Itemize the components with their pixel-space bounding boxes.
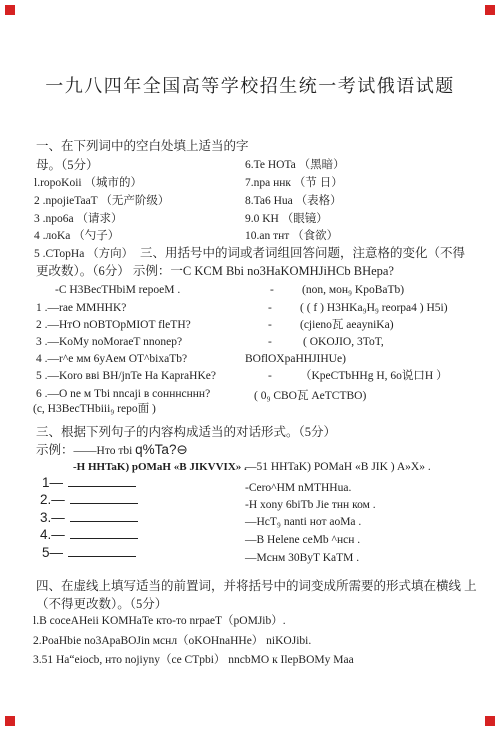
blank-row: 1— <box>42 474 136 492</box>
answer-dash: - <box>268 369 272 383</box>
sentence-item: 3.51 Ha“eiocb, нто nojiyny（ce CTpbi） nnc… <box>33 653 354 667</box>
section2-heading-line2: 更改数）。（6分） 示例：一C KCM Bbi no3HaKOMHJiHCb B… <box>36 264 394 278</box>
page-title: 一九八四年全国高等学校招生统一考试俄语试题 <box>0 72 500 98</box>
dialogue-answer: -Cero^HM nMTHHua. <box>245 481 351 495</box>
section1-heading-line1: 一、在下列词中的空白处填上适当的字 <box>36 139 249 153</box>
section2-heading-line1: 三、用括号中的词或者词组回答问题，注意格的变化（不得 <box>140 246 465 260</box>
corner-marker-top-left <box>5 5 15 15</box>
example-answer-bold: -H HHTaK) pOMaH «B JIKVVIX» . <box>73 460 247 474</box>
exam-paper-page: { "title": "一九八四年全国高等学校招生统一考试俄语试题", "acc… <box>0 0 500 730</box>
example-question-big: q%Ta?⊖ <box>135 442 188 457</box>
question-text: 1 .—rae MMHHK? <box>36 301 126 315</box>
fill-in-blank-line <box>68 476 136 487</box>
example-question: -C H3BecTHbiM repoeM . <box>55 283 180 297</box>
question-text: 6 .—O ne м Tbi nncaji в сонннсннн? <box>36 387 210 401</box>
answer-text: ( 0₉ CBO瓦 AeTCTBO) <box>254 389 366 403</box>
answer-text: ( OKOJIO, 3ToT, <box>303 335 384 349</box>
fill-in-blank-line <box>70 511 138 522</box>
blank-row: 2.— <box>40 491 138 509</box>
answer-text: (cjieno瓦 aeayniKa) <box>300 318 394 332</box>
vocab-item: 9.0 KH （眼镜） <box>245 212 328 226</box>
vocab-item: 3 .npo6a （请求） <box>34 212 122 226</box>
corner-marker-bottom-right <box>485 716 495 726</box>
vocab-item: l.ropoKoii （城市的） <box>34 176 142 190</box>
blank-row: 5— <box>42 544 136 562</box>
dialogue-answer: —B Helene ceMb ^нсн . <box>245 533 360 547</box>
answer-text: ( ( f ) H3HKa₉H₉ reorpa4 ) H5i) <box>300 301 448 315</box>
answer-dash: - <box>268 318 272 332</box>
vocab-item: 6.Te HOTa （黑暗） <box>245 158 345 172</box>
dialogue-answer: —Mснм 30ByT KaTM . <box>245 551 359 565</box>
question-text: 4 .—r^e мм 6yAeм OT^bixaTb? <box>36 352 187 366</box>
section3-heading: 三、根据下列句子的内容构成适当的对话形式。（5分） <box>36 425 336 439</box>
example-label: 示例： <box>36 443 74 457</box>
blank-number: 5— <box>42 545 63 560</box>
question-text: 2 .—HтO nOBTOpMIOT fleTH? <box>36 318 191 332</box>
answer-tail: (c, H3BecTHbiii₉ repo面 ) <box>33 402 156 416</box>
vocab-item: 8.Ta6 Hua （表格） <box>245 194 342 208</box>
question-text: 5 .—Koro ввi BH/jnTe Ha KapraHKe? <box>36 369 216 383</box>
blank-row: 3.— <box>40 509 138 527</box>
dialogue-answer: —51 HHTaK) POMaH «B JIK ) A»X» . <box>245 460 431 474</box>
blank-number: 4.— <box>40 527 65 542</box>
answer-text: BOflOXpaHHJIHUe) <box>245 352 346 366</box>
sentence-item: l.B coceAHeii KOMHaTe кто-то nrpaeT（pOMJ… <box>33 614 286 628</box>
fill-in-blank-line <box>68 546 136 557</box>
blank-number: 2.— <box>40 492 65 507</box>
vocab-item: 7.npa ннк （节 日） <box>245 176 343 190</box>
answer-text: （KpeCTbHHg H, 6o说口H ） <box>300 369 448 383</box>
section4-heading-line2: （不得更改数）。（5分） <box>36 597 167 611</box>
question-text: 3 .—KoMy noMoraeT nnonep? <box>36 335 182 349</box>
blank-row: 4.— <box>40 526 138 544</box>
section4-heading-line1: 四、在虚线上填写适当的前置词，并将括号中的词变成所需要的形式填在横线 上 <box>36 579 477 593</box>
section1-heading-line2: 母。（5分） <box>36 158 99 172</box>
fill-in-blank-line <box>70 493 138 504</box>
blank-number: 1— <box>42 475 63 490</box>
answer-dash: - <box>268 335 272 349</box>
example-question-pre: ——Hто тbi <box>74 445 136 457</box>
sentence-item: 2.PoaHbie no3ApaBOJin мснл（oKOHnaHHe） ni… <box>33 634 311 648</box>
vocab-item: 5 .CTopHa （方向） <box>34 247 133 261</box>
vocab-item: 4 .лоKa （勺子） <box>34 229 119 243</box>
example-dash: - <box>270 283 274 297</box>
dialogue-answer: -H xony 6biTb Jie тнн ком . <box>245 498 376 512</box>
dialogue-answer: —HcT₉ nanti нот aoMa . <box>245 515 361 529</box>
blank-number: 3.— <box>40 510 65 525</box>
fill-in-blank-line <box>70 528 138 539</box>
corner-marker-top-right <box>485 5 495 15</box>
section3-example-line: 示例：——Hто тbi q%Ta?⊖ <box>36 443 188 458</box>
answer-dash: - <box>268 301 272 315</box>
vocab-item: 2 .npojieTaaT （无产阶级） <box>34 194 169 208</box>
example-answer: (non, мон₉ KpoBaTb) <box>302 283 404 297</box>
corner-marker-bottom-left <box>5 716 15 726</box>
vocab-item: 10.an тнт （食欲） <box>245 229 338 243</box>
